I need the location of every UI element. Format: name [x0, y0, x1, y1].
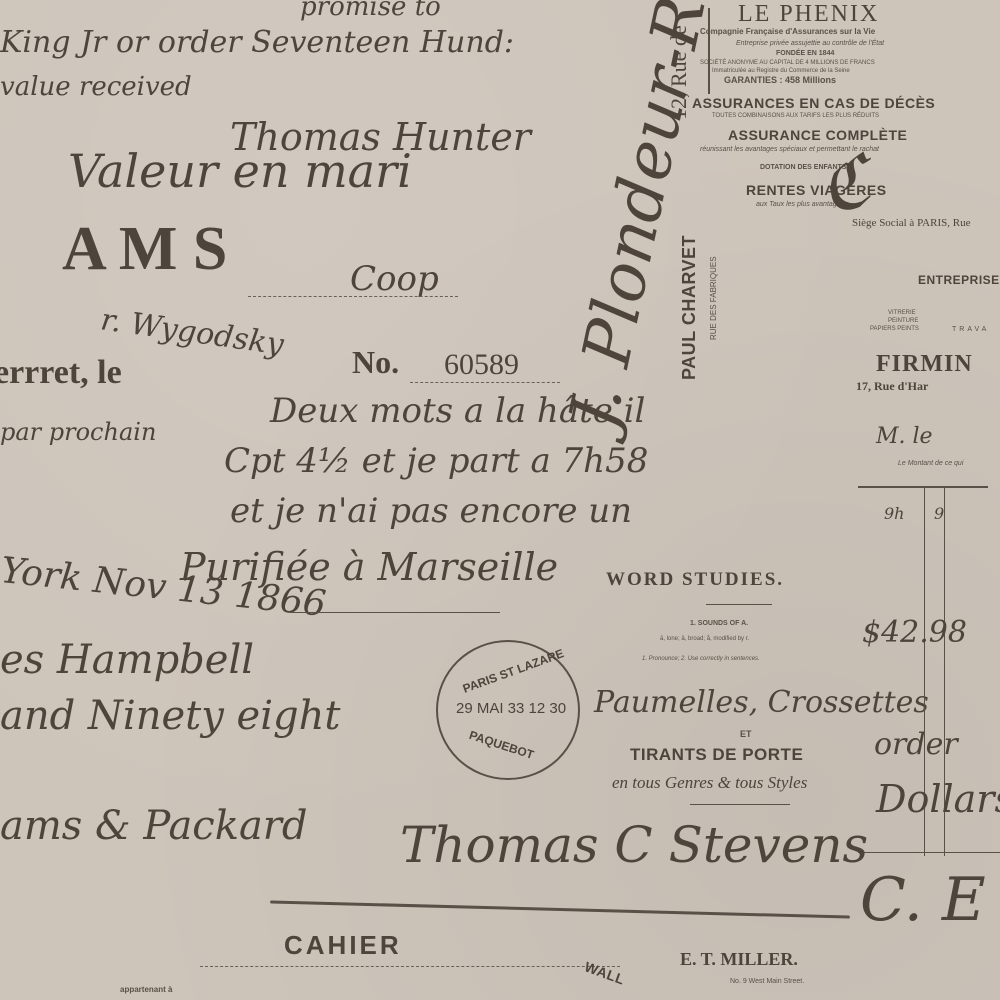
- handwriting-promise: promise to: [300, 0, 441, 20]
- paumelles-sub: en tous Genres & tous Styles: [612, 774, 807, 791]
- word-studies-sub2: 1. Pronounce; 2. Use correctly in senten…: [642, 656, 760, 662]
- receipt-top-rule: [858, 486, 988, 488]
- number-prefix: No.: [352, 346, 399, 378]
- flourish-big: ℭ: [812, 145, 877, 225]
- receipt-hour: 9h: [884, 506, 904, 522]
- handwriting-order: order: [874, 730, 958, 760]
- phenix-deces: ASSURANCES EN CAS DE DÉCÈS: [692, 96, 935, 110]
- number-value: 60589: [444, 350, 519, 380]
- phenix-subtitle: Compagnie Française d'Assurances sur la …: [700, 28, 875, 36]
- dotted-line: [248, 296, 458, 297]
- receipt-minutes: 9: [934, 506, 944, 522]
- paumelles-et: ET: [740, 730, 752, 739]
- postmark-bottom: PAQUEBOT: [467, 728, 535, 762]
- handwriting-cpt: Cpt 4½ et je part a 7h58: [224, 444, 648, 478]
- handwriting-ninety-eight: and Ninety eight: [0, 696, 340, 736]
- paumelles-title: TIRANTS DE PORTE: [630, 746, 803, 763]
- handwriting-dollars: Dollars: [876, 780, 1000, 818]
- phenix-rule: [708, 8, 710, 94]
- firmin-name: FIRMIN: [876, 352, 973, 376]
- handwriting-coop: Coop: [350, 262, 439, 296]
- phenix-garanties: GARANTIES : 458 Millions: [724, 76, 836, 85]
- printed-perret: errret, le: [0, 356, 122, 390]
- handwriting-pas-encore: et je n'ai pas encore un: [230, 494, 632, 528]
- postmark-date: 29 MAI 33 12 30: [456, 700, 566, 717]
- word-studies-title: WORD STUDIES.: [606, 570, 784, 589]
- cahier-title: CAHIER: [284, 932, 402, 958]
- handwriting-prochain: par prochain: [0, 420, 156, 444]
- divider: [706, 604, 772, 605]
- phenix-capital: SOCIÉTÉ ANONYME AU CAPITAL DE 4 MILLIONS…: [700, 60, 875, 66]
- firmin-service-2: PEINTURE: [888, 318, 918, 324]
- paumelles-script: Paumelles, Crossettes: [594, 688, 929, 718]
- receipt-amount: $42.98: [862, 618, 967, 648]
- phenix-title: LE PHENIX: [738, 2, 879, 26]
- phenix-registre: Immatriculée au Registre du Commerce de …: [712, 68, 850, 74]
- firmin-service-3: PAPIERS PEINTS: [870, 326, 919, 332]
- cahier-line: [200, 966, 620, 967]
- divider: [690, 804, 790, 805]
- word-studies-item: 1. SOUNDS OF A.: [690, 620, 748, 627]
- paul-charvet-sub: RUE DES FABRIQUES: [710, 256, 718, 340]
- handwriting-hampbell: es Hampbell: [0, 640, 254, 680]
- underline: [290, 612, 500, 613]
- cahier-sub: appartenant à: [120, 986, 172, 994]
- firmin-receipt-note: Le Montant de ce qui: [898, 460, 963, 467]
- firmin-address: 17, Rue d'Har: [856, 380, 928, 392]
- fragment-wall: WALL: [583, 959, 627, 986]
- miller-address: No. 9 West Main Street.: [730, 978, 804, 985]
- dotted-line: [410, 382, 560, 383]
- word-studies-sub1: ā, lone; ä, broad; å, modified by r.: [660, 636, 749, 642]
- phenix-founded: FONDÉE EN 1844: [776, 50, 834, 57]
- handwriting-adams-packard: ams & Packard: [0, 806, 308, 846]
- paul-charvet-label: PAUL CHARVET: [680, 235, 698, 380]
- phenix-deces-sub: TOUTES COMBINAISONS AUX TARIFS LES PLUS …: [712, 113, 879, 119]
- signature-underline: [270, 900, 850, 918]
- handwriting-seventeen: King Jr or order Seventeen Hund:: [0, 28, 514, 58]
- miller-name: E. T. MILLER.: [680, 950, 798, 968]
- handwriting-wygodsky: r. Wygodsky: [99, 305, 286, 360]
- firmin-travaux: TRAVA: [952, 326, 989, 333]
- firmin-service-1: VITRERIE: [888, 310, 916, 316]
- handwriting-deux-mots: Deux mots a la hâte il: [270, 394, 645, 428]
- firmin-mr: M. le: [876, 426, 933, 448]
- monogram-ams: A M S: [62, 218, 227, 280]
- phenix-line: Entreprise privée assujettie au contrôle…: [736, 40, 884, 47]
- receipt-bottom-rule: [858, 852, 1000, 853]
- handwriting-valeur: Valeur en mari: [68, 148, 412, 194]
- postmark-stamp: PARIS ST LAZARE 29 MAI 33 12 30 PAQUEBOT: [436, 640, 580, 780]
- handwriting-ce: C. E: [860, 870, 986, 930]
- firmin-entreprise: ENTREPRISE: [918, 274, 1000, 286]
- phenix-complete: ASSURANCE COMPLÈTE: [728, 128, 907, 142]
- postmark-top: PARIS ST LAZARE: [461, 646, 566, 696]
- signature-thomas-c-stevens: Thomas C Stevens: [400, 820, 868, 870]
- handwriting-value-received: value received: [0, 74, 192, 100]
- phenix-address: 12, Rue de: [668, 25, 690, 120]
